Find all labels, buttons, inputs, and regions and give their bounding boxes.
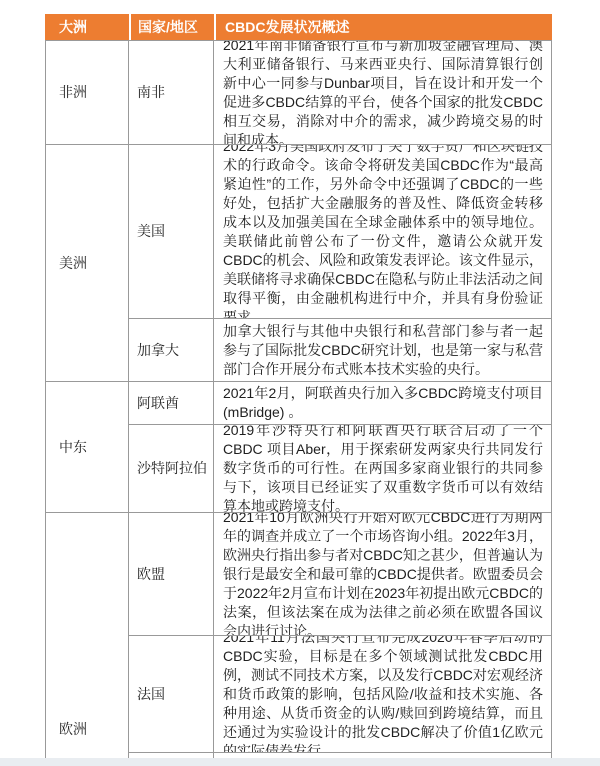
country-cell-saudi-arabia: 沙特阿拉伯 [129, 425, 214, 513]
summary-cell-canada: 加拿大银行与其他中央银行和私营部门参与者一起参与了国际批发CBDC研究计划，也是… [214, 319, 552, 382]
summary-cell-france: 2021年11月法国央行宣布完成2020年春季启动的CBDC实验，目标是在多个领… [214, 636, 552, 753]
page-bottom-strip [0, 758, 600, 766]
summary-text-saudi-arabia: 2019年沙特央行和阿联酋央行联合启动了一个CBDC 项目Aber，用于探索研发… [223, 425, 543, 513]
country-cell-uae: 阿联酋 [129, 382, 214, 425]
summary-text-uae: 2021年2月，阿联酋央行加入多CBDC跨境支付项目(mBridge) 。 [223, 384, 543, 422]
header-cell-country: 国家/地区 [129, 14, 214, 40]
country-cell-canada: 加拿大 [129, 319, 214, 382]
cbdc-table: 大洲 国家/地区 CBDC发展状况概述 非洲 南非 2021年南非储备银行宣布与… [45, 14, 552, 759]
summary-text-eu: 2021年10月欧洲央行开始对欧元CBDC进行为期两年的调查并成立了一个市场咨询… [223, 513, 543, 636]
continent-cell-americas: 美洲 [45, 145, 129, 382]
summary-cell-south-africa: 2021年南非储备银行宣布与新加坡金融管理局、澳大利亚储备银行、马来西亚央行、国… [214, 40, 552, 145]
summary-text-canada: 加拿大银行与其他中央银行和私营部门参与者一起参与了国际批发CBDC研究计划，也是… [223, 322, 543, 379]
country-cell-usa: 美国 [129, 145, 214, 319]
summary-cell-eu: 2021年10月欧洲央行开始对欧元CBDC进行为期两年的调查并成立了一个市场咨询… [214, 513, 552, 636]
country-cell-eu: 欧盟 [129, 513, 214, 636]
article-page: 大洲 国家/地区 CBDC发展状况概述 非洲 南非 2021年南非储备银行宣布与… [0, 0, 600, 766]
summary-cell-saudi-arabia: 2019年沙特央行和阿联酋央行联合启动了一个CBDC 项目Aber，用于探索研发… [214, 425, 552, 513]
country-cell-south-africa: 南非 [129, 40, 214, 145]
continent-cell-europe: 欧洲 [45, 513, 129, 759]
summary-cell-uae: 2021年2月，阿联酋央行加入多CBDC跨境支付项目(mBridge) 。 [214, 382, 552, 425]
header-cell-continent: 大洲 [45, 14, 129, 40]
summary-text-south-africa: 2021年南非储备银行宣布与新加坡金融管理局、澳大利亚储备银行、马来西亚央行、国… [223, 40, 543, 145]
summary-text-france: 2021年11月法国央行宣布完成2020年春季启动的CBDC实验，目标是在多个领… [223, 636, 543, 753]
summary-text-usa: 2022年3月美国政府发布了关于数字资产和区块链技术的行政命令。该命令将研发美国… [223, 145, 543, 319]
header-cell-summary: CBDC发展状况概述 [214, 14, 552, 40]
summary-cell-usa: 2022年3月美国政府发布了关于数字资产和区块链技术的行政命令。该命令将研发美国… [214, 145, 552, 319]
continent-cell-middle-east: 中东 [45, 382, 129, 513]
continent-cell-africa: 非洲 [45, 40, 129, 145]
country-cell-france: 法国 [129, 636, 214, 753]
